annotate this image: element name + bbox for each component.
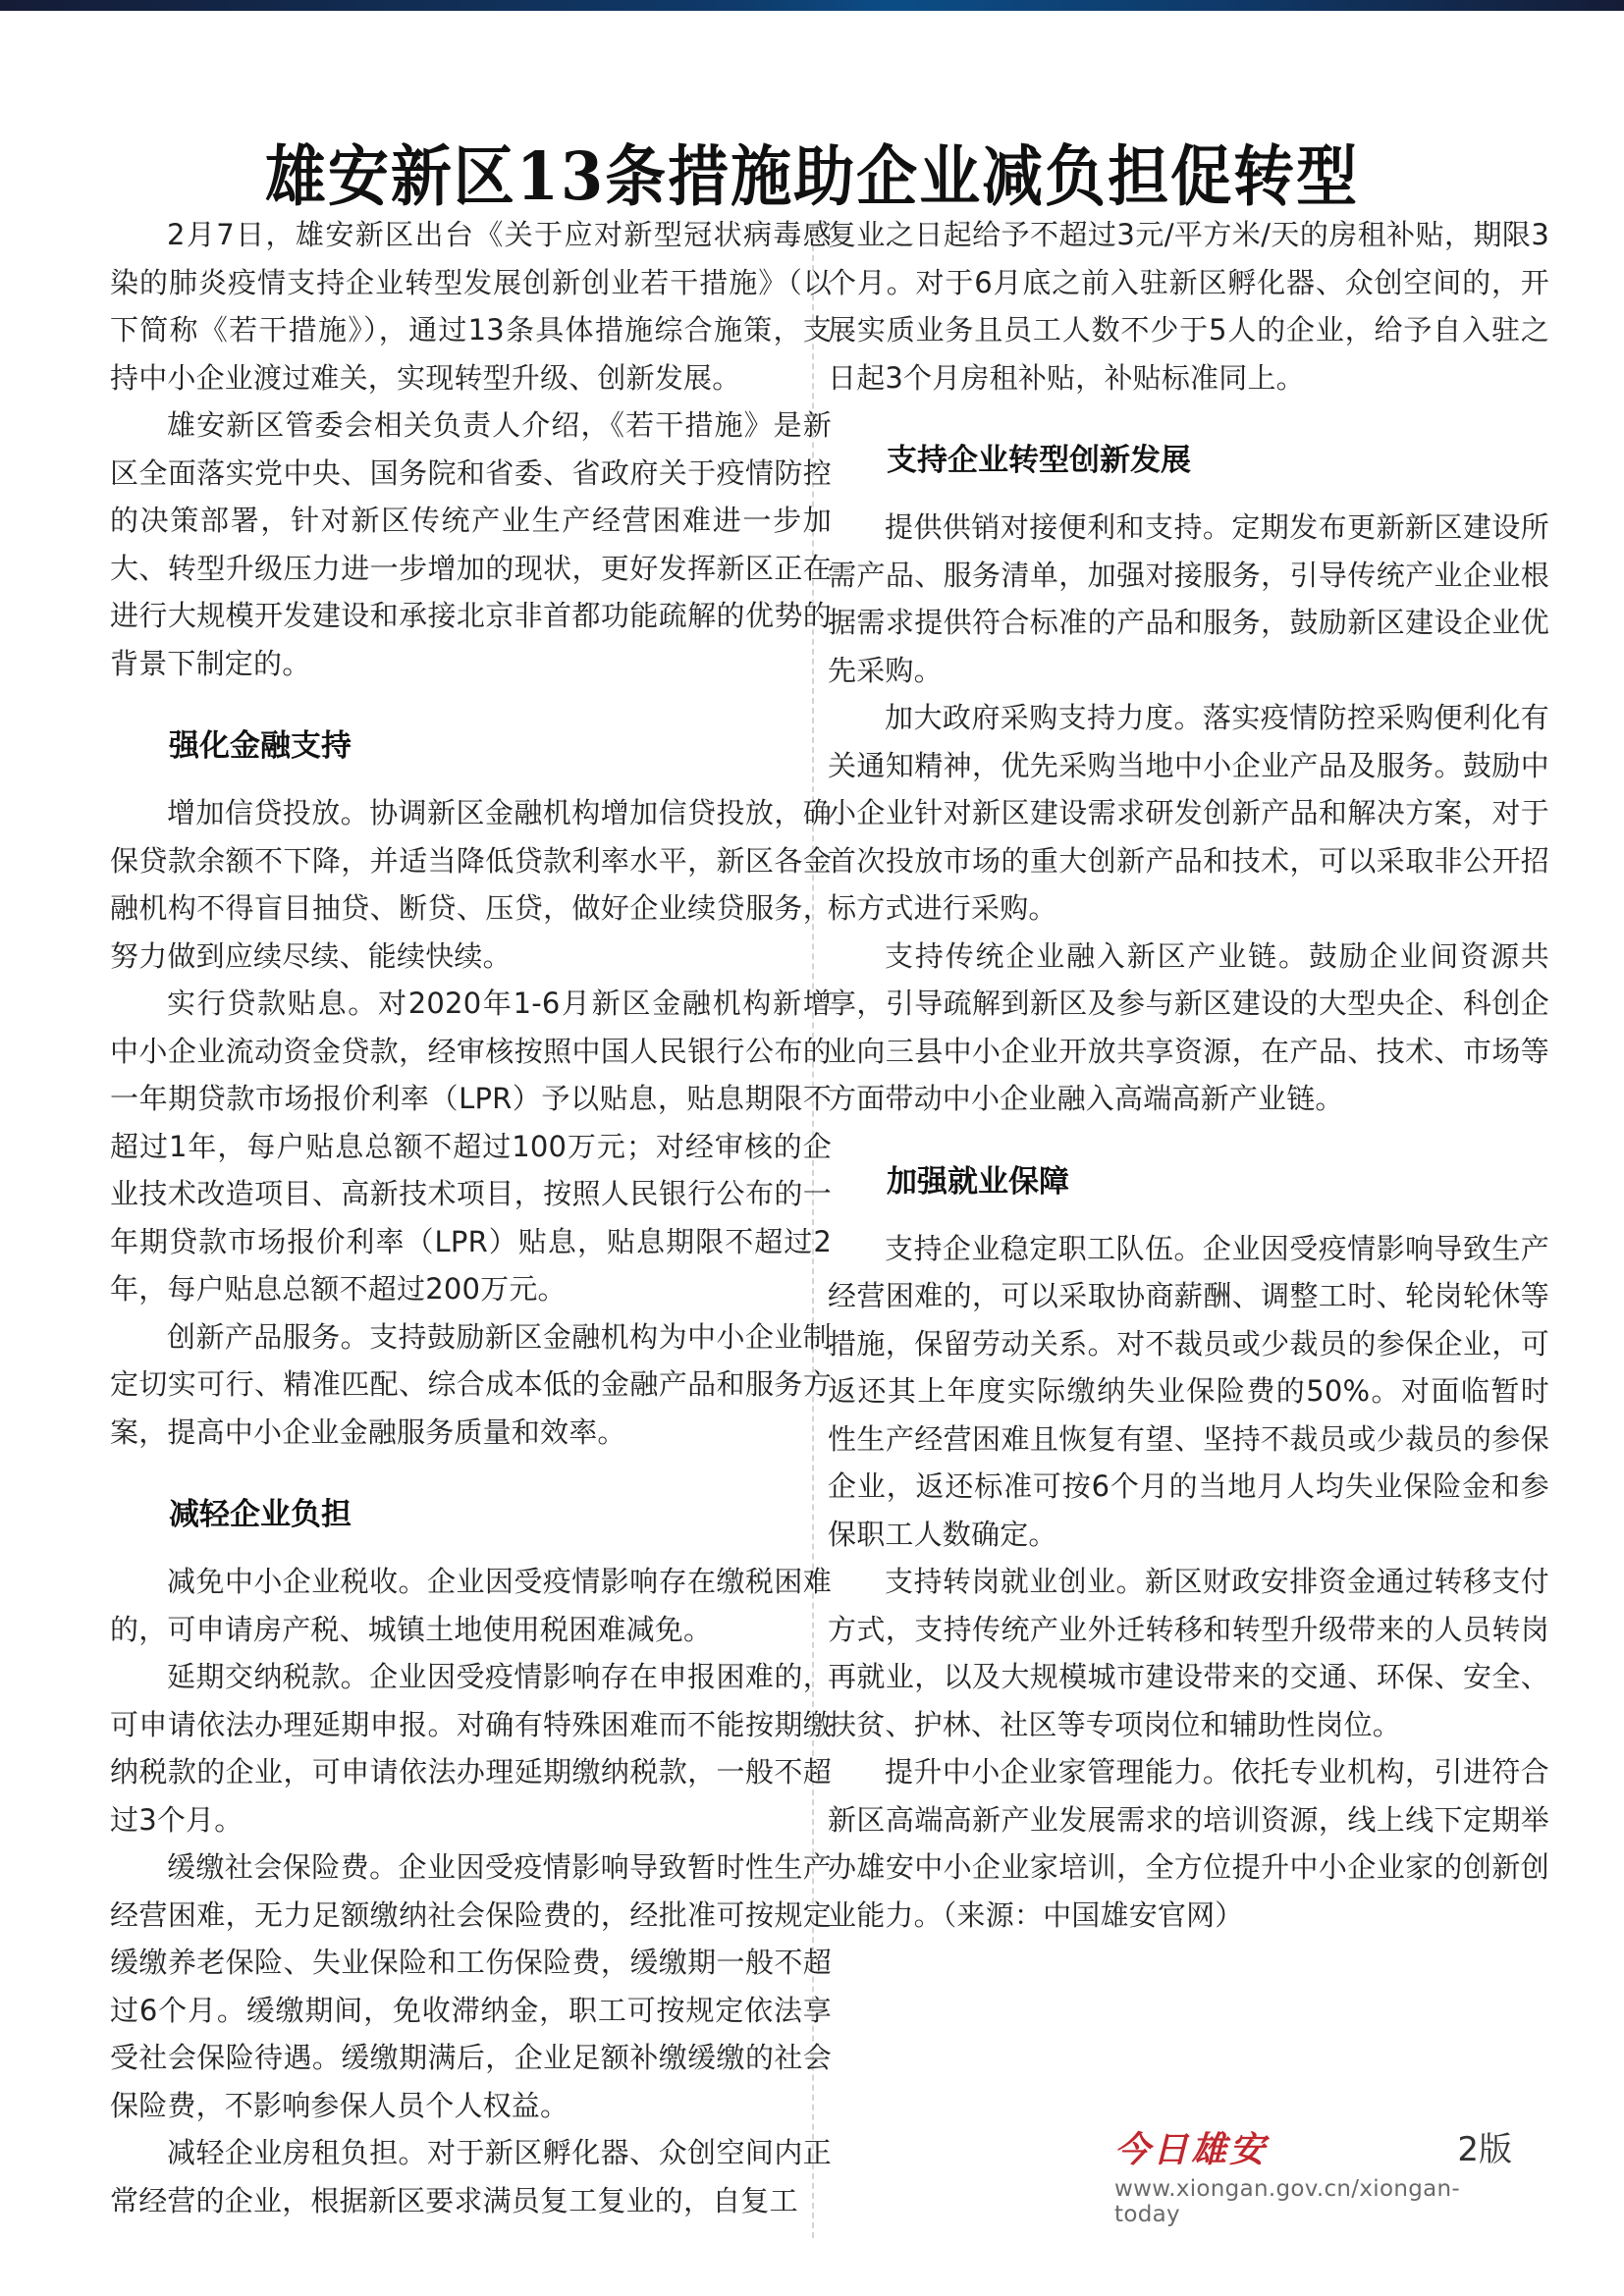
employment-stability-paragraph: 支持企业稳定职工队伍。企业因受疫情影响导致生产经营困难的，可以采取协商薪酬、调整… [828,1225,1549,1559]
background-paragraph: 雄安新区管委会相关负责人介绍，《若干措施》是新区全面落实党中央、国务院和省委、省… [110,401,832,687]
burden-rent-paragraph: 减轻企业房租负担。对于新区孵化器、众创空间内正常经营的企业，根据新区要求满员复工… [110,2129,832,2224]
section-heading-burden: 减轻企业负担 [110,1485,832,1544]
finance-interest-paragraph: 实行贷款贴息。对2020年1-6月新区金融机构新增中小企业流动资金贷款，经审核按… [110,980,832,1313]
burden-tax-deferral-paragraph: 延期交纳税款。企业因受疫情影响存在申报困难的，可申请依法办理延期申报。对确有特殊… [110,1653,832,1843]
right-column: 复业之日起给予不超过3元/平方米/天的房租补贴，期限3个月。对于6月底之前入驻新… [828,211,1549,1939]
section-heading-finance: 强化金融支持 [110,717,832,775]
page-footer: 今日雄安 2版 www.xiongan.gov.cn/xiongan-today [1114,2122,1512,2227]
page-title: 雄安新区13条措施助企业减负担促转型 [0,124,1624,218]
finance-product-paragraph: 创新产品服务。支持鼓励新区金融机构为中小企业制定切实可行、精准匹配、综合成本低的… [110,1313,832,1457]
employment-training-paragraph: 提升中小企业家管理能力。依托专业机构，引进符合新区高端高新产业发展需求的培训资源… [828,1748,1549,1939]
top-banner-bar [0,0,1624,11]
rent-continued-paragraph: 复业之日起给予不超过3元/平方米/天的房租补贴，期限3个月。对于6月底之前入驻新… [828,211,1549,401]
transformation-chain-paragraph: 支持传统企业融入新区产业链。鼓励企业间资源共享，引导疏解到新区及参与新区建设的大… [828,933,1549,1123]
finance-credit-paragraph: 增加信贷投放。协调新区金融机构增加信贷投放，确保贷款余额不下降，并适当降低贷款利… [110,789,832,980]
left-column: 2月7日，雄安新区出台《关于应对新型冠状病毒感染的肺炎疫情支持企业转型发展创新创… [110,211,832,2224]
employment-reemployment-paragraph: 支持转岗就业创业。新区财政安排资金通过转移支付方式，支持传统产业外迁转移和转型升… [828,1558,1549,1748]
footer-url-link[interactable]: www.xiongan.gov.cn/xiongan-today [1114,2176,1512,2227]
brand-logo: 今日雄安 [1114,2122,1512,2172]
edition-label: 2版 [1457,2122,1512,2170]
intro-paragraph: 2月7日，雄安新区出台《关于应对新型冠状病毒感染的肺炎疫情支持企业转型发展创新创… [110,211,832,401]
section-heading-transformation: 支持企业转型创新发展 [828,431,1549,490]
transformation-procurement-paragraph: 加大政府采购支持力度。落实疫情防控采购便利化有关通知精神，优先采购当地中小企业产… [828,694,1549,933]
burden-insurance-paragraph: 缓缴社会保险费。企业因受疫情影响导致暂时性生产经营困难，无力足额缴纳社会保险费的… [110,1843,832,2129]
transformation-supply-paragraph: 提供供销对接便利和支持。定期发布更新新区建设所需产品、服务清单，加强对接服务，引… [828,504,1549,694]
burden-tax-relief-paragraph: 减免中小企业税收。企业因受疫情影响存在缴税困难的，可申请房产税、城镇土地使用税困… [110,1558,832,1653]
section-heading-employment: 加强就业保障 [828,1152,1549,1211]
